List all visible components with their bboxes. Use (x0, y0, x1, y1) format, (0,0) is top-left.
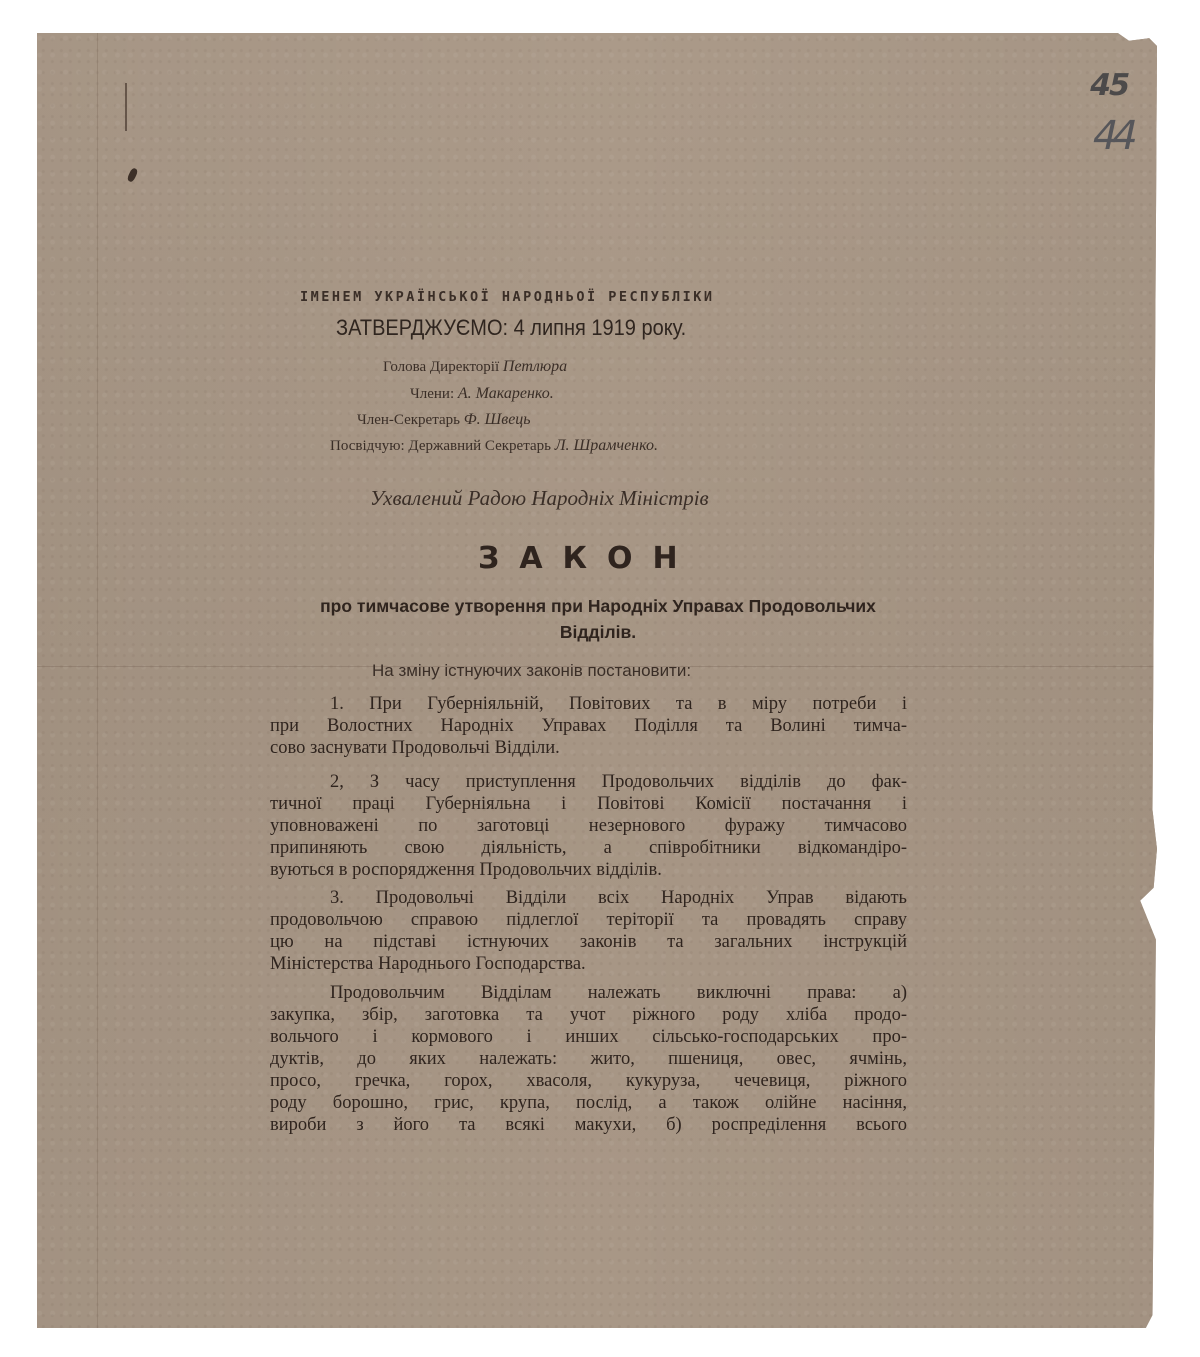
paragraph-4: Продовольчим Відділам належать виключні … (270, 982, 907, 1136)
paragraph-line: при Волостних Народніх Управах Поділля т… (270, 715, 907, 737)
paragraph-line: Продовольчим Відділам належать виключні … (270, 982, 907, 1004)
document-body: ІМЕНЕМ УКРАЇНСЬКОЇ НАРОДНЬОЇ РЕСПУБЛІКИ … (0, 0, 1200, 1357)
paragraph-line: 2, З часу приступлення Продовольчих відд… (270, 771, 907, 793)
paragraph-line: 1. При Губерніяльній, Повітових та в мір… (270, 693, 907, 715)
adopted-by-line: Ухвалений Радою Народніх Міністрів (370, 486, 709, 511)
signatory-name: Ф. Швець (464, 411, 531, 428)
paragraph-3: 3. Продовольчі Відділи всіх Народніх Упр… (270, 887, 907, 975)
signatory-role: Посвідчую: Державний Секретарь (330, 438, 551, 454)
document-subtitle: про тимчасове утворення при Народніх Упр… (288, 593, 908, 645)
signatory-role: Голова Директорії (383, 359, 499, 375)
signatory-role: Члени: (410, 386, 454, 402)
paragraph-1: 1. При Губерніяльній, Повітових та в мір… (270, 693, 907, 759)
intro-line: На зміну істнуючих законів постановити: (372, 661, 691, 681)
signatory-members: Члени: А. Макаренко. (410, 385, 554, 403)
document-title: ЗАКОН (478, 541, 698, 576)
paragraph-line: уповноважені по заготовці незернового фу… (270, 815, 907, 837)
signatory-secretary: Член-Секретарь Ф. Швець (357, 411, 531, 429)
paragraph-line: вольчого і кормового і инших сільсько-го… (270, 1026, 907, 1048)
paragraph-line: тичної праці Губерніяльна і Повітові Ком… (270, 793, 907, 815)
paragraph-line: дуктів, до яких належать: жито, пшениця,… (270, 1048, 907, 1070)
paragraph-line: вуються в роспорядження Продовольчих від… (270, 859, 907, 881)
signatory-state-secretary: Посвідчую: Державний Секретарь Л. Шрамче… (330, 437, 658, 455)
paragraph-line: закупка, збір, заготовка та учот ріжного… (270, 1004, 907, 1026)
paragraph-line: просо, гречка, горох, хвасоля, кукуруза,… (270, 1070, 907, 1092)
paragraph-line: Міністерства Народнього Господарства. (270, 953, 907, 975)
approval-date-line: ЗАТВЕРДЖУЄМО: 4 липня 1919 року. (336, 316, 686, 342)
signatory-name: Л. Шрамченко. (555, 437, 658, 454)
paragraph-line: 3. Продовольчі Відділи всіх Народніх Упр… (270, 887, 907, 909)
signatory-name: А. Макаренко. (458, 385, 554, 402)
paragraph-line: роду борошно, грис, крупа, послід, а так… (270, 1092, 907, 1114)
signatory-director: Голова Директорії Петлюра (383, 358, 567, 376)
paragraph-line: сово заснувати Продовольчі Відділи. (270, 737, 907, 759)
paragraph-line: продовольчою справою підлеглої теріторії… (270, 909, 907, 931)
republic-header: ІМЕНЕМ УКРАЇНСЬКОЇ НАРОДНЬОЇ РЕСПУБЛІКИ (300, 289, 890, 305)
paragraph-line: вироби з його та всякі макухи, б) роспре… (270, 1114, 907, 1136)
signatory-name: Петлюра (503, 358, 567, 375)
paragraph-line: цю на підставі істнуючих законів та зага… (270, 931, 907, 953)
signatory-role: Член-Секретарь (357, 412, 460, 428)
paragraph-2: 2, З часу приступлення Продовольчих відд… (270, 771, 907, 881)
paragraph-line: припиняють свою діяльність, а співробітн… (270, 837, 907, 859)
